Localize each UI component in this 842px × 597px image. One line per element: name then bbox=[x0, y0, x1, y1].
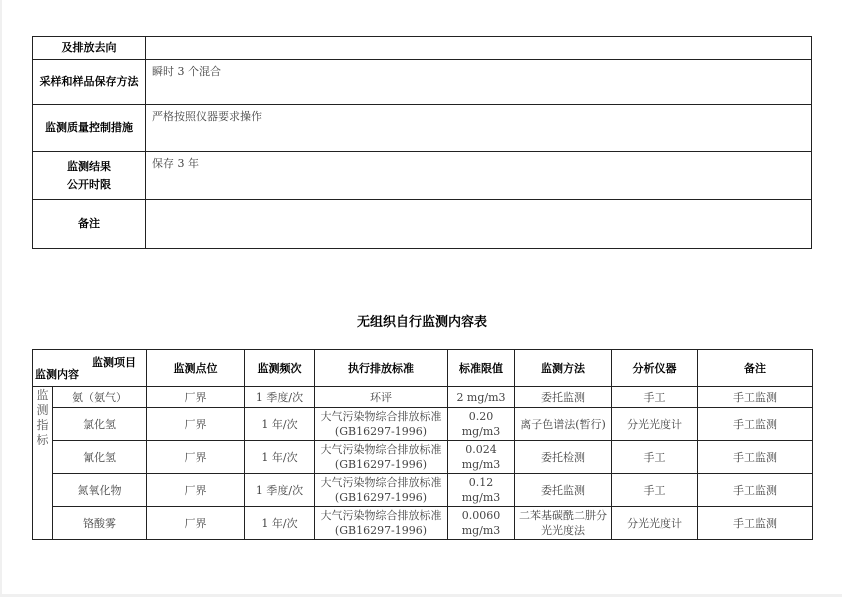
corner-header: 监测项目 监测内容 bbox=[33, 350, 147, 387]
cell-item: 氰化氢 bbox=[53, 441, 147, 474]
cell-standard: 大气污染物综合排放标准(GB16297-1996) bbox=[315, 408, 448, 441]
cell-point: 厂界 bbox=[147, 474, 245, 507]
table-row: 监测指标 氨（氨气） 厂界 1 季度/次 环评 2 mg/m3 委托监测 手工 … bbox=[33, 387, 813, 408]
header-method: 监测方法 bbox=[515, 350, 612, 387]
cell-method: 二苯基碳酰二肼分光光度法 bbox=[515, 507, 612, 540]
header-standard: 执行排放标准 bbox=[315, 350, 448, 387]
row-label: 及排放去向 bbox=[33, 37, 146, 60]
cell-item: 氨（氨气） bbox=[53, 387, 147, 408]
row-label-line: 公开时限 bbox=[33, 176, 145, 194]
cell-instrument: 分光光度计 bbox=[612, 507, 698, 540]
cell-instrument: 手工 bbox=[612, 441, 698, 474]
row-label: 监测结果 公开时限 bbox=[33, 152, 146, 200]
cell-point: 厂界 bbox=[147, 408, 245, 441]
row-label-line: 监测结果 bbox=[33, 158, 145, 176]
monitoring-info-table: 及排放去向 采样和样品保存方法 瞬时 3 个混合 监测质量控制措施 严格按照仪器… bbox=[32, 36, 812, 249]
cell-point: 厂界 bbox=[147, 441, 245, 474]
table-row: 备注 bbox=[33, 200, 812, 249]
header-frequency: 监测频次 bbox=[245, 350, 315, 387]
row-value: 保存 3 年 bbox=[146, 152, 812, 200]
row-label: 监测质量控制措施 bbox=[33, 105, 146, 152]
cell-frequency: 1 年/次 bbox=[245, 408, 315, 441]
header-point: 监测点位 bbox=[147, 350, 245, 387]
cell-standard: 环评 bbox=[315, 387, 448, 408]
cell-limit: 0.024 mg/m3 bbox=[448, 441, 515, 474]
cell-standard: 大气污染物综合排放标准(GB16297-1996) bbox=[315, 507, 448, 540]
side-label: 监测指标 bbox=[33, 387, 53, 540]
corner-header-top: 监测项目 bbox=[92, 354, 136, 370]
cell-standard: 大气污染物综合排放标准(GB16297-1996) bbox=[315, 441, 448, 474]
cell-note: 手工监测 bbox=[698, 507, 813, 540]
cell-limit: 0.12 mg/m3 bbox=[448, 474, 515, 507]
row-value: 瞬时 3 个混合 bbox=[146, 60, 812, 105]
cell-method: 委托监测 bbox=[515, 474, 612, 507]
table-row: 监测质量控制措施 严格按照仪器要求操作 bbox=[33, 105, 812, 152]
row-label: 备注 bbox=[33, 200, 146, 249]
cell-method: 离子色谱法(暂行) bbox=[515, 408, 612, 441]
table-row: 采样和样品保存方法 瞬时 3 个混合 bbox=[33, 60, 812, 105]
cell-limit: 2 mg/m3 bbox=[448, 387, 515, 408]
table-row: 氰化氢 厂界 1 年/次 大气污染物综合排放标准(GB16297-1996) 0… bbox=[33, 441, 813, 474]
header-note: 备注 bbox=[698, 350, 813, 387]
cell-limit: 0.20 mg/m3 bbox=[448, 408, 515, 441]
fugitive-monitoring-table: 监测项目 监测内容 监测点位 监测频次 执行排放标准 标准限值 监测方法 分析仪… bbox=[32, 349, 813, 540]
cell-method: 委托检测 bbox=[515, 441, 612, 474]
table-row: 铬酸雾 厂界 1 年/次 大气污染物综合排放标准(GB16297-1996) 0… bbox=[33, 507, 813, 540]
cell-frequency: 1 季度/次 bbox=[245, 474, 315, 507]
header-row: 监测项目 监测内容 监测点位 监测频次 执行排放标准 标准限值 监测方法 分析仪… bbox=[33, 350, 813, 387]
cell-note: 手工监测 bbox=[698, 441, 813, 474]
cell-instrument: 手工 bbox=[612, 474, 698, 507]
header-instrument: 分析仪器 bbox=[612, 350, 698, 387]
cell-item: 氯化氢 bbox=[53, 408, 147, 441]
table-row: 氯化氢 厂界 1 年/次 大气污染物综合排放标准(GB16297-1996) 0… bbox=[33, 408, 813, 441]
row-value: 严格按照仪器要求操作 bbox=[146, 105, 812, 152]
table-row: 监测结果 公开时限 保存 3 年 bbox=[33, 152, 812, 200]
row-value bbox=[146, 200, 812, 249]
table-row: 氮氧化物 厂界 1 季度/次 大气污染物综合排放标准(GB16297-1996)… bbox=[33, 474, 813, 507]
cell-standard: 大气污染物综合排放标准(GB16297-1996) bbox=[315, 474, 448, 507]
cell-frequency: 1 季度/次 bbox=[245, 387, 315, 408]
cell-item: 氮氧化物 bbox=[53, 474, 147, 507]
section-title: 无组织自行监测内容表 bbox=[2, 311, 842, 330]
cell-point: 厂界 bbox=[147, 387, 245, 408]
cell-note: 手工监测 bbox=[698, 474, 813, 507]
row-value bbox=[146, 37, 812, 60]
cell-item: 铬酸雾 bbox=[53, 507, 147, 540]
header-limit: 标准限值 bbox=[448, 350, 515, 387]
cell-frequency: 1 年/次 bbox=[245, 507, 315, 540]
row-label: 采样和样品保存方法 bbox=[33, 60, 146, 105]
corner-header-bottom: 监测内容 bbox=[35, 366, 79, 382]
table-row: 及排放去向 bbox=[33, 37, 812, 60]
cell-method: 委托监测 bbox=[515, 387, 612, 408]
cell-note: 手工监测 bbox=[698, 387, 813, 408]
cell-instrument: 分光光度计 bbox=[612, 408, 698, 441]
document-page: 及排放去向 采样和样品保存方法 瞬时 3 个混合 监测质量控制措施 严格按照仪器… bbox=[2, 0, 842, 594]
cell-note: 手工监测 bbox=[698, 408, 813, 441]
cell-instrument: 手工 bbox=[612, 387, 698, 408]
cell-point: 厂界 bbox=[147, 507, 245, 540]
cell-limit: 0.0060 mg/m3 bbox=[448, 507, 515, 540]
cell-frequency: 1 年/次 bbox=[245, 441, 315, 474]
